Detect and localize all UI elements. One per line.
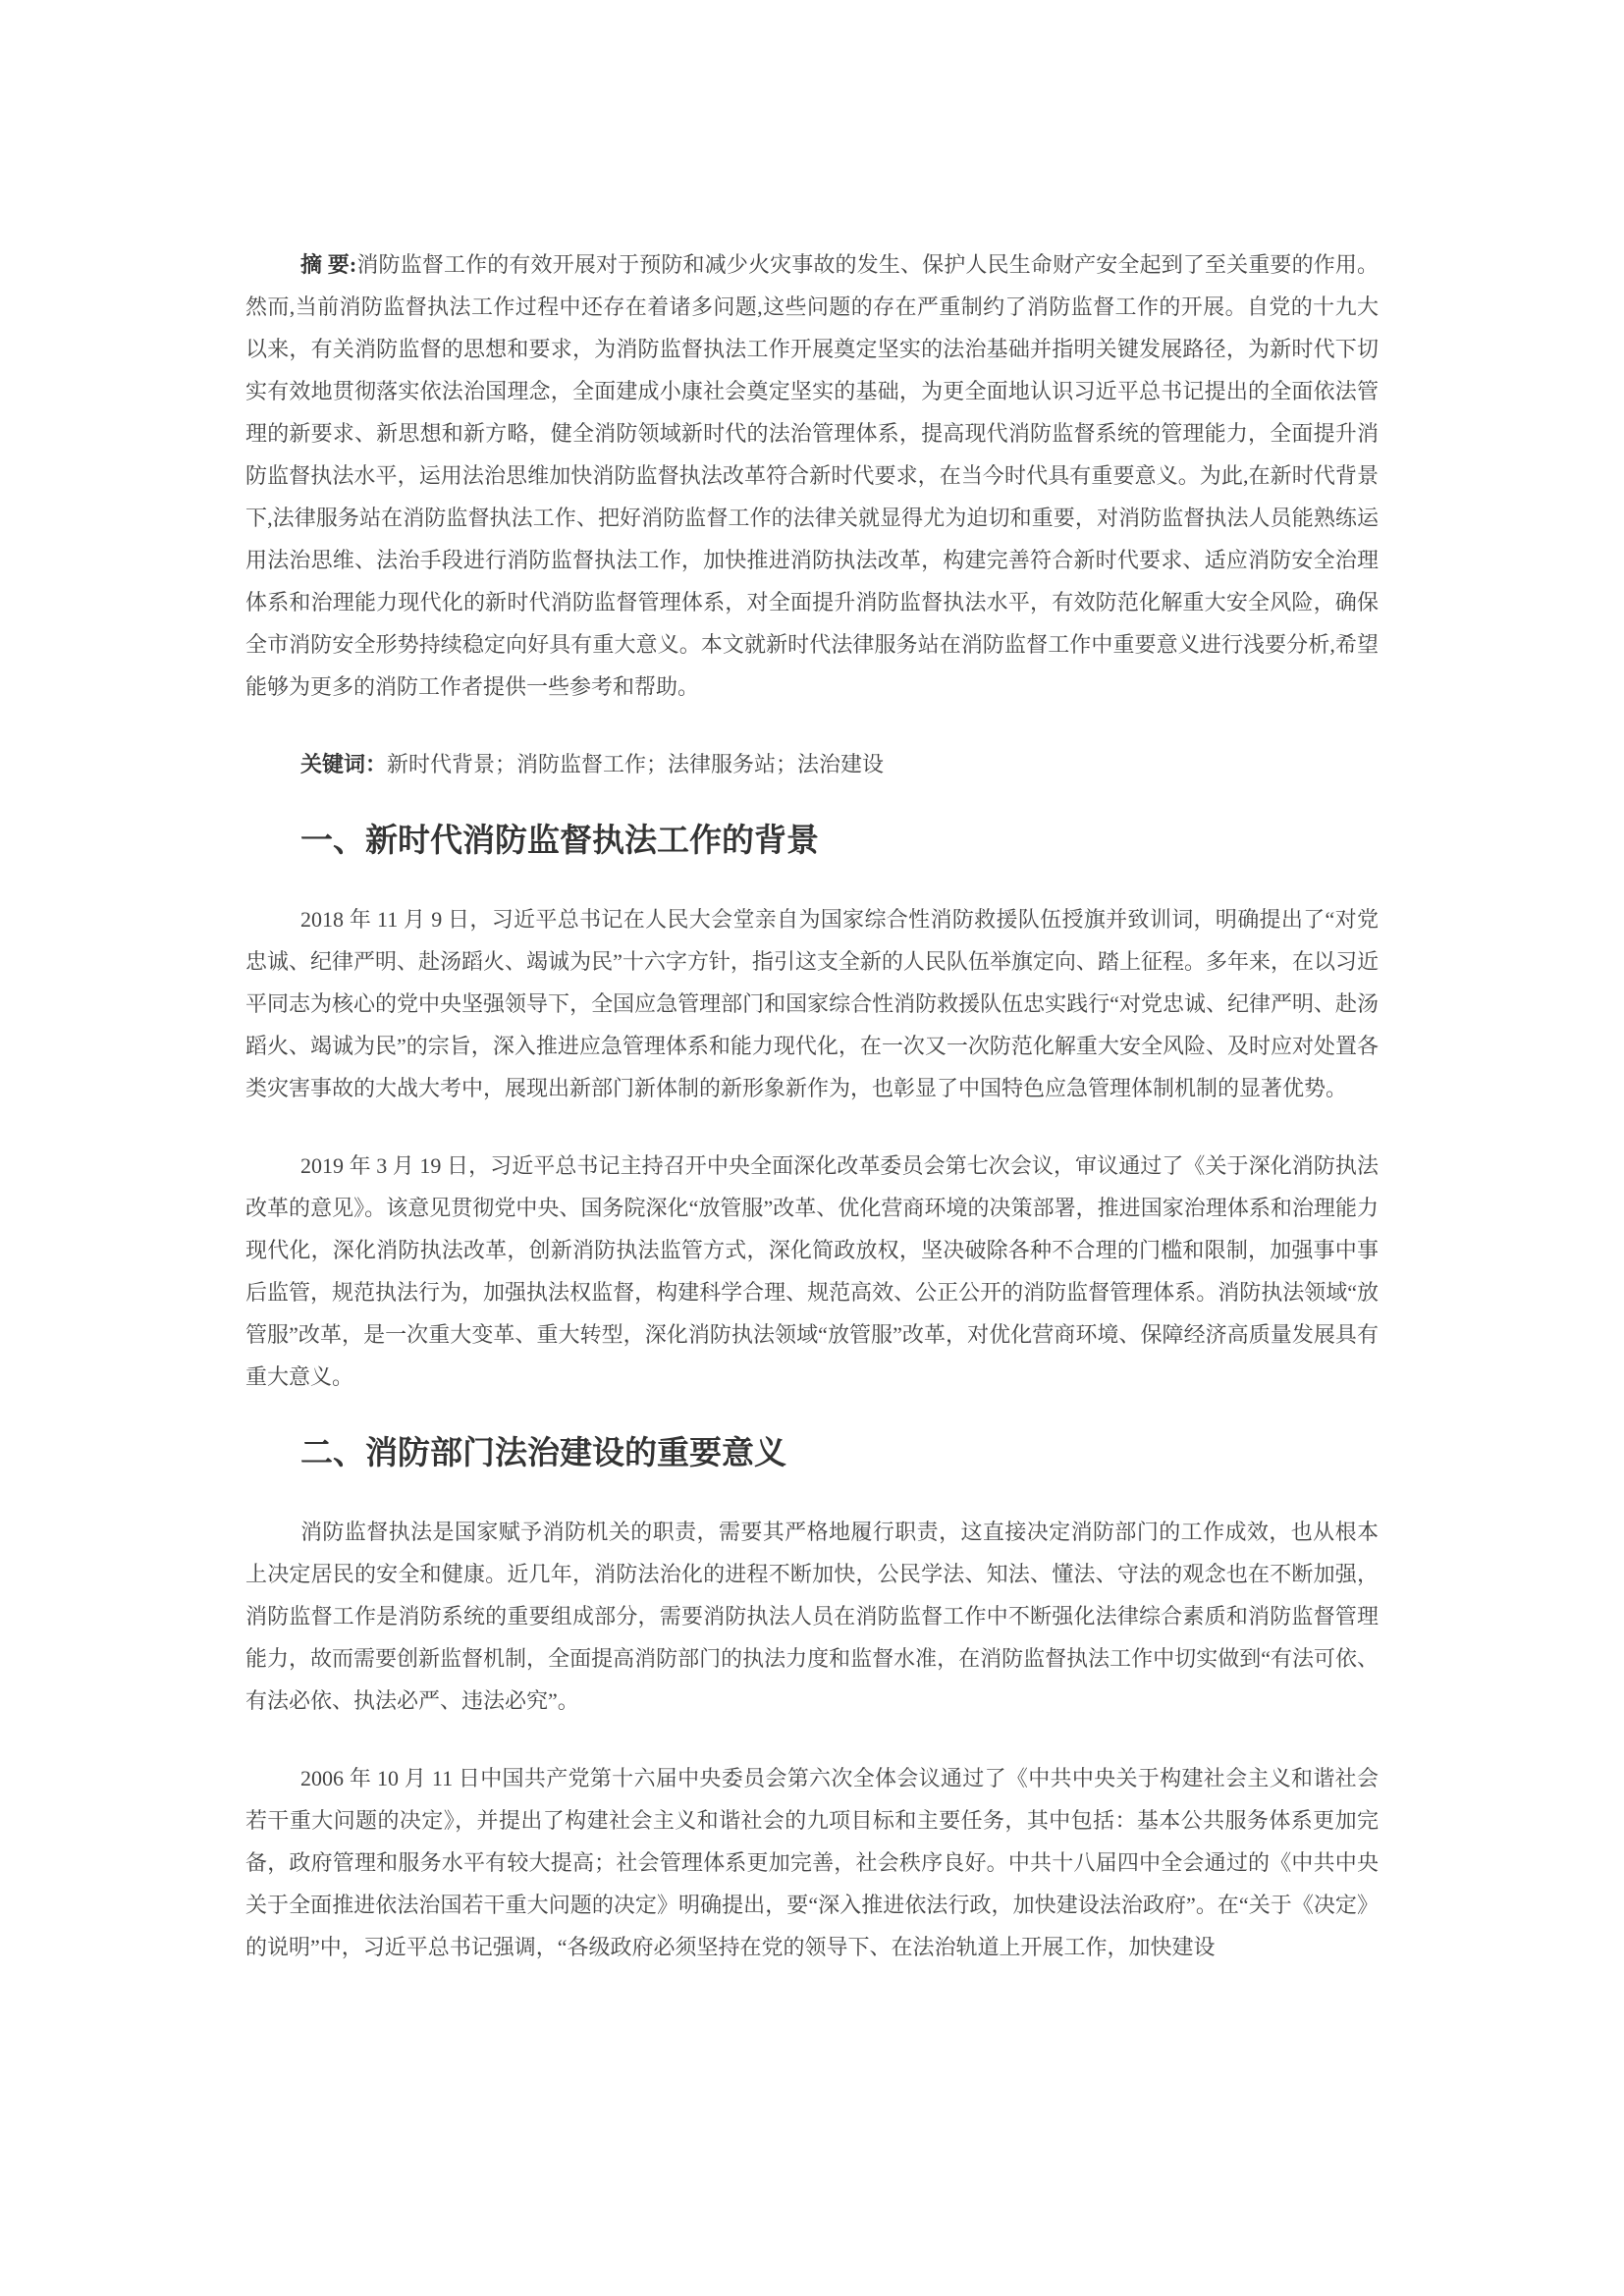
section-2-paragraph-2: 2006 年 10 月 11 日中国共产党第十六届中央委员会第六次全体会议通过了… bbox=[245, 1757, 1379, 1968]
abstract-label: 摘 要: bbox=[300, 252, 356, 277]
keywords-label: 关键词： bbox=[300, 752, 387, 776]
document-page: 摘 要:消防监督工作的有效开展对于预防和减少火灾事故的发生、保护人民生命财产安全… bbox=[0, 0, 1624, 2296]
section-2-paragraph-1: 消防监督执法是国家赋予消防机关的职责，需要其严格地履行职责，这直接决定消防部门的… bbox=[245, 1511, 1379, 1722]
section-1-paragraph-2: 2019 年 3 月 19 日，习近平总书记主持召开中央全面深化改革委员会第七次… bbox=[245, 1145, 1379, 1398]
abstract-text: 消防监督工作的有效开展对于预防和减少火灾事故的发生、保护人民生命财产安全起到了至… bbox=[245, 252, 1379, 699]
section-1-heading: 一、新时代消防监督执法工作的背景 bbox=[245, 821, 1379, 863]
keywords-text: 新时代背景；消防监督工作；法律服务站；法治建设 bbox=[387, 752, 884, 776]
abstract-paragraph: 摘 要:消防监督工作的有效开展对于预防和减少火灾事故的发生、保护人民生命财产安全… bbox=[245, 243, 1379, 708]
section-1-paragraph-1: 2018 年 11 月 9 日，习近平总书记在人民大会堂亲自为国家综合性消防救援… bbox=[245, 898, 1379, 1109]
section-2-heading: 二、消防部门法治建设的重要意义 bbox=[245, 1433, 1379, 1475]
keywords-line: 关键词：新时代背景；消防监督工作；法律服务站；法治建设 bbox=[245, 743, 1379, 785]
